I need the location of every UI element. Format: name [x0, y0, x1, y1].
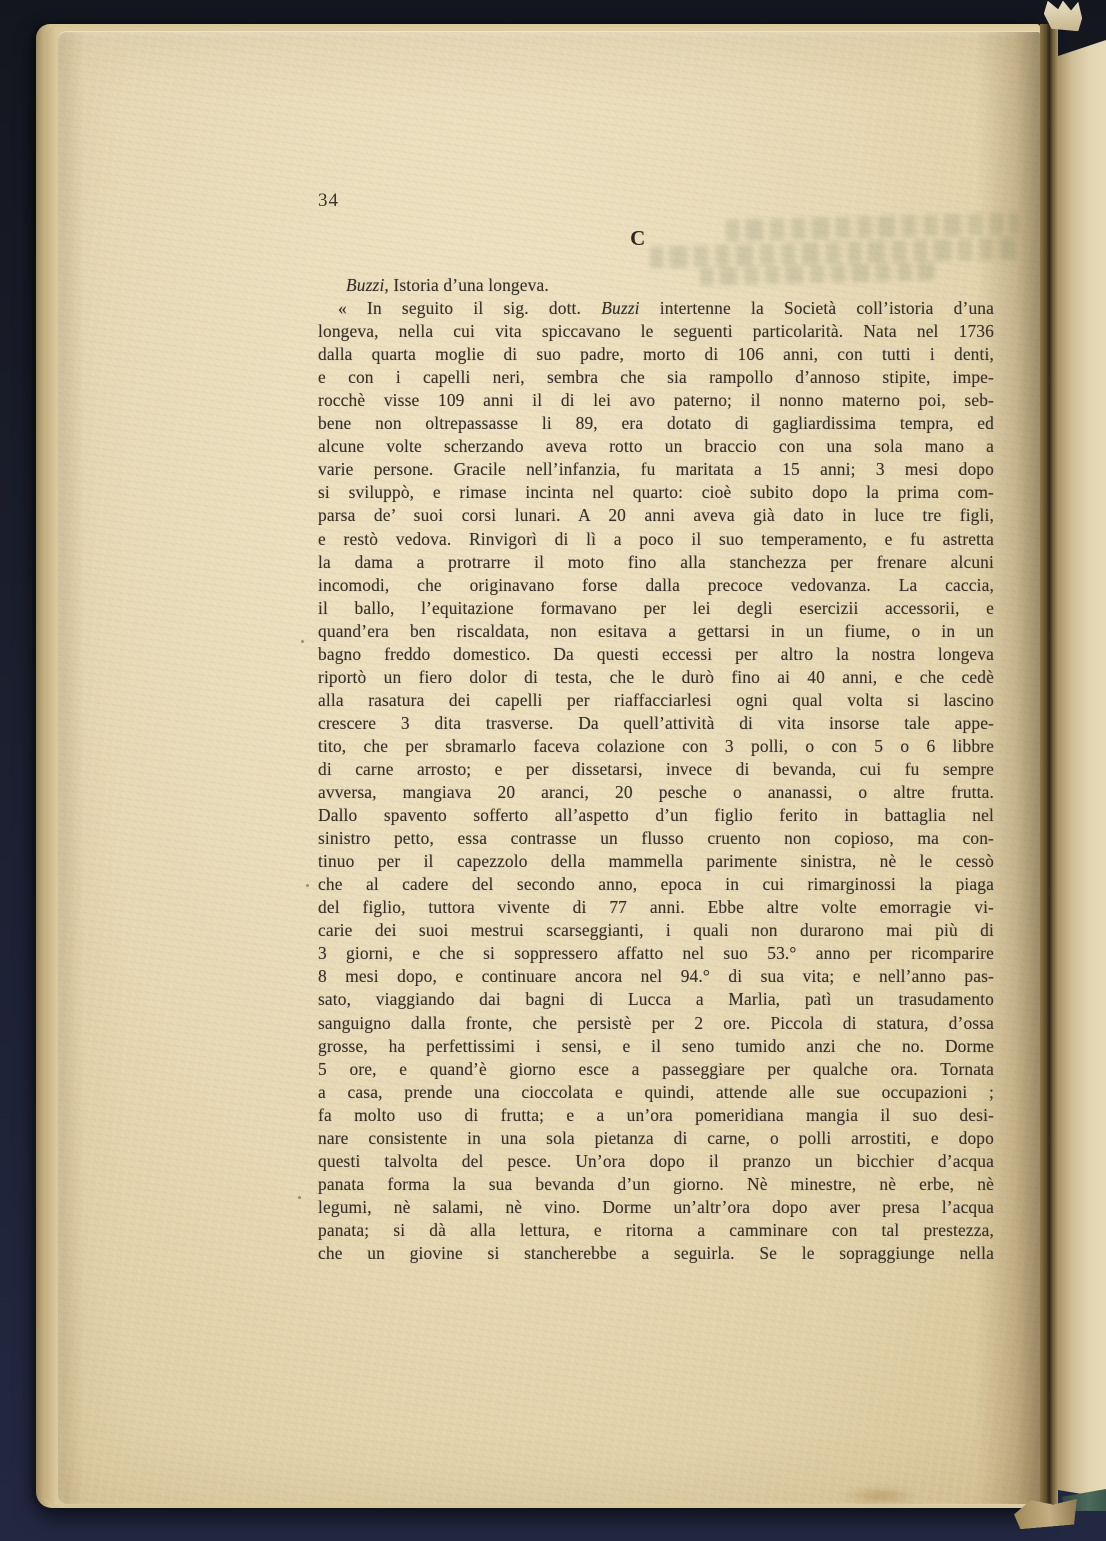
body-line: rocchè visse 109 anni il di lei avo pate…	[318, 389, 994, 412]
body-line: che al cadere del secondo anno, epoca in…	[318, 873, 994, 896]
entry-title-name: Buzzi,	[346, 275, 389, 295]
body-line: varie persone. Gracile nell’infanzia, fu…	[318, 458, 994, 481]
body-line: « In seguito il sig. dott. Buzzi interte…	[318, 297, 994, 320]
body-line: parsa de’ suoi corsi lunari. A 20 anni a…	[318, 504, 994, 527]
section-letter-heading: C	[318, 226, 958, 251]
body-line: 3 giorni, e che si soppressero affatto n…	[318, 942, 994, 965]
body-line-name: Buzzi	[601, 298, 639, 318]
body-line: longeva, nella cui vita spiccavano le se…	[318, 320, 994, 343]
body-line: riportò un fiero dolor di testa, che le …	[318, 666, 994, 689]
body-line: fa molto uso di frutta; e a un’ora pomer…	[318, 1104, 994, 1127]
entry-title: Buzzi, Istoria d’una longeva.	[318, 274, 994, 297]
body-line: si sviluppò, e rimase incinta nel quarto…	[318, 481, 994, 504]
body-line: bagno freddo domestico. Da questi eccess…	[318, 643, 994, 666]
body-line: sanguigno dalla fronte, che persistè per…	[318, 1012, 994, 1035]
body-line: alla rasatura dei capelli per riaffaccia…	[318, 689, 994, 712]
body-line: che un giovine si stancherebbe a seguirl…	[318, 1242, 994, 1265]
body-line: legumi, nè salami, nè vino. Dorme un’alt…	[318, 1196, 994, 1219]
body-line: quand’era ben riscaldata, non esitava a …	[318, 620, 994, 643]
foxing-speck	[298, 1196, 301, 1199]
body-line: sinistro petto, essa contrasse un flusso…	[318, 827, 994, 850]
body-line-post: intertenne la Società coll’istoria d’una	[640, 298, 994, 318]
body-line: e con i capelli neri, sembra che sia ram…	[318, 366, 994, 389]
body-line: 8 mesi dopo, e continuare ancora nel 94.…	[318, 965, 994, 988]
entry-title-rest: Istoria d’una longeva.	[389, 275, 549, 295]
facing-page-sliver	[1058, 40, 1106, 1498]
foxing-speck	[301, 640, 304, 643]
left-edge-shadow	[58, 32, 84, 1504]
body-line: carie dei suoi mestrui scarseggianti, i …	[318, 919, 994, 942]
body-line: panata forma la sua bevanda d’un giorno.…	[318, 1173, 994, 1196]
body-line: la dama a protrarre il moto fino alla st…	[318, 551, 994, 574]
body-line: panata; si dà alla lettura, e ritorna a …	[318, 1219, 994, 1242]
body-line: crescere 3 dita trasverse. Da quell’atti…	[318, 712, 994, 735]
body-line: di carne arrosto; e per dissetarsi, inve…	[318, 758, 994, 781]
body-line: sato, viaggiando dai bagni di Lucca a Ma…	[318, 988, 994, 1011]
body-line: incomodi, che originavano forse dalla pr…	[318, 574, 994, 597]
foxing-speck	[306, 884, 309, 887]
body-line: nare consistente in una sola pietanza di…	[318, 1127, 994, 1150]
body-line: Dallo spavento sofferto all’aspetto d’un…	[318, 804, 994, 827]
body-line: bene non oltrepassasse li 89, era dotato…	[318, 412, 994, 435]
body-line: tito, che per sbramarlo faceva colazione…	[318, 735, 994, 758]
page-number: 34	[318, 190, 339, 212]
body-line: grosse, ha perfettissimi i sensi, e il s…	[318, 1035, 994, 1058]
body-line: del figlio, tuttora vivente di 77 anni. …	[318, 896, 994, 919]
body-line: tinuo per il capezzolo della mammella pa…	[318, 850, 994, 873]
body-line: il ballo, l’equitazione formavano per le…	[318, 597, 994, 620]
body-line: questi talvolta del pesce. Un’ora dopo i…	[318, 1150, 994, 1173]
body-line: dalla quarta moglie di suo padre, morto …	[318, 343, 994, 366]
gutter-crease	[1040, 24, 1058, 1504]
paper-stain	[842, 1486, 918, 1506]
body-line-pre: « In seguito il sig. dott.	[338, 298, 601, 318]
entry-text-block: Buzzi, Istoria d’una longeva. « In segui…	[318, 274, 994, 1265]
scanned-book-photo: { "page": { "number": "34", "section_let…	[0, 0, 1106, 1541]
body-line: alcune volte scherzando aveva rotto un b…	[318, 435, 994, 458]
body-line: a casa, prende una cioccolata e quindi, …	[318, 1081, 994, 1104]
body-line: 5 ore, e quand’è giorno esce a passeggia…	[318, 1058, 994, 1081]
body-line: avversa, mangiava 20 aranci, 20 pesche o…	[318, 781, 994, 804]
body-line: e restò vedova. Rinvigorì di lì a poco i…	[318, 528, 994, 551]
